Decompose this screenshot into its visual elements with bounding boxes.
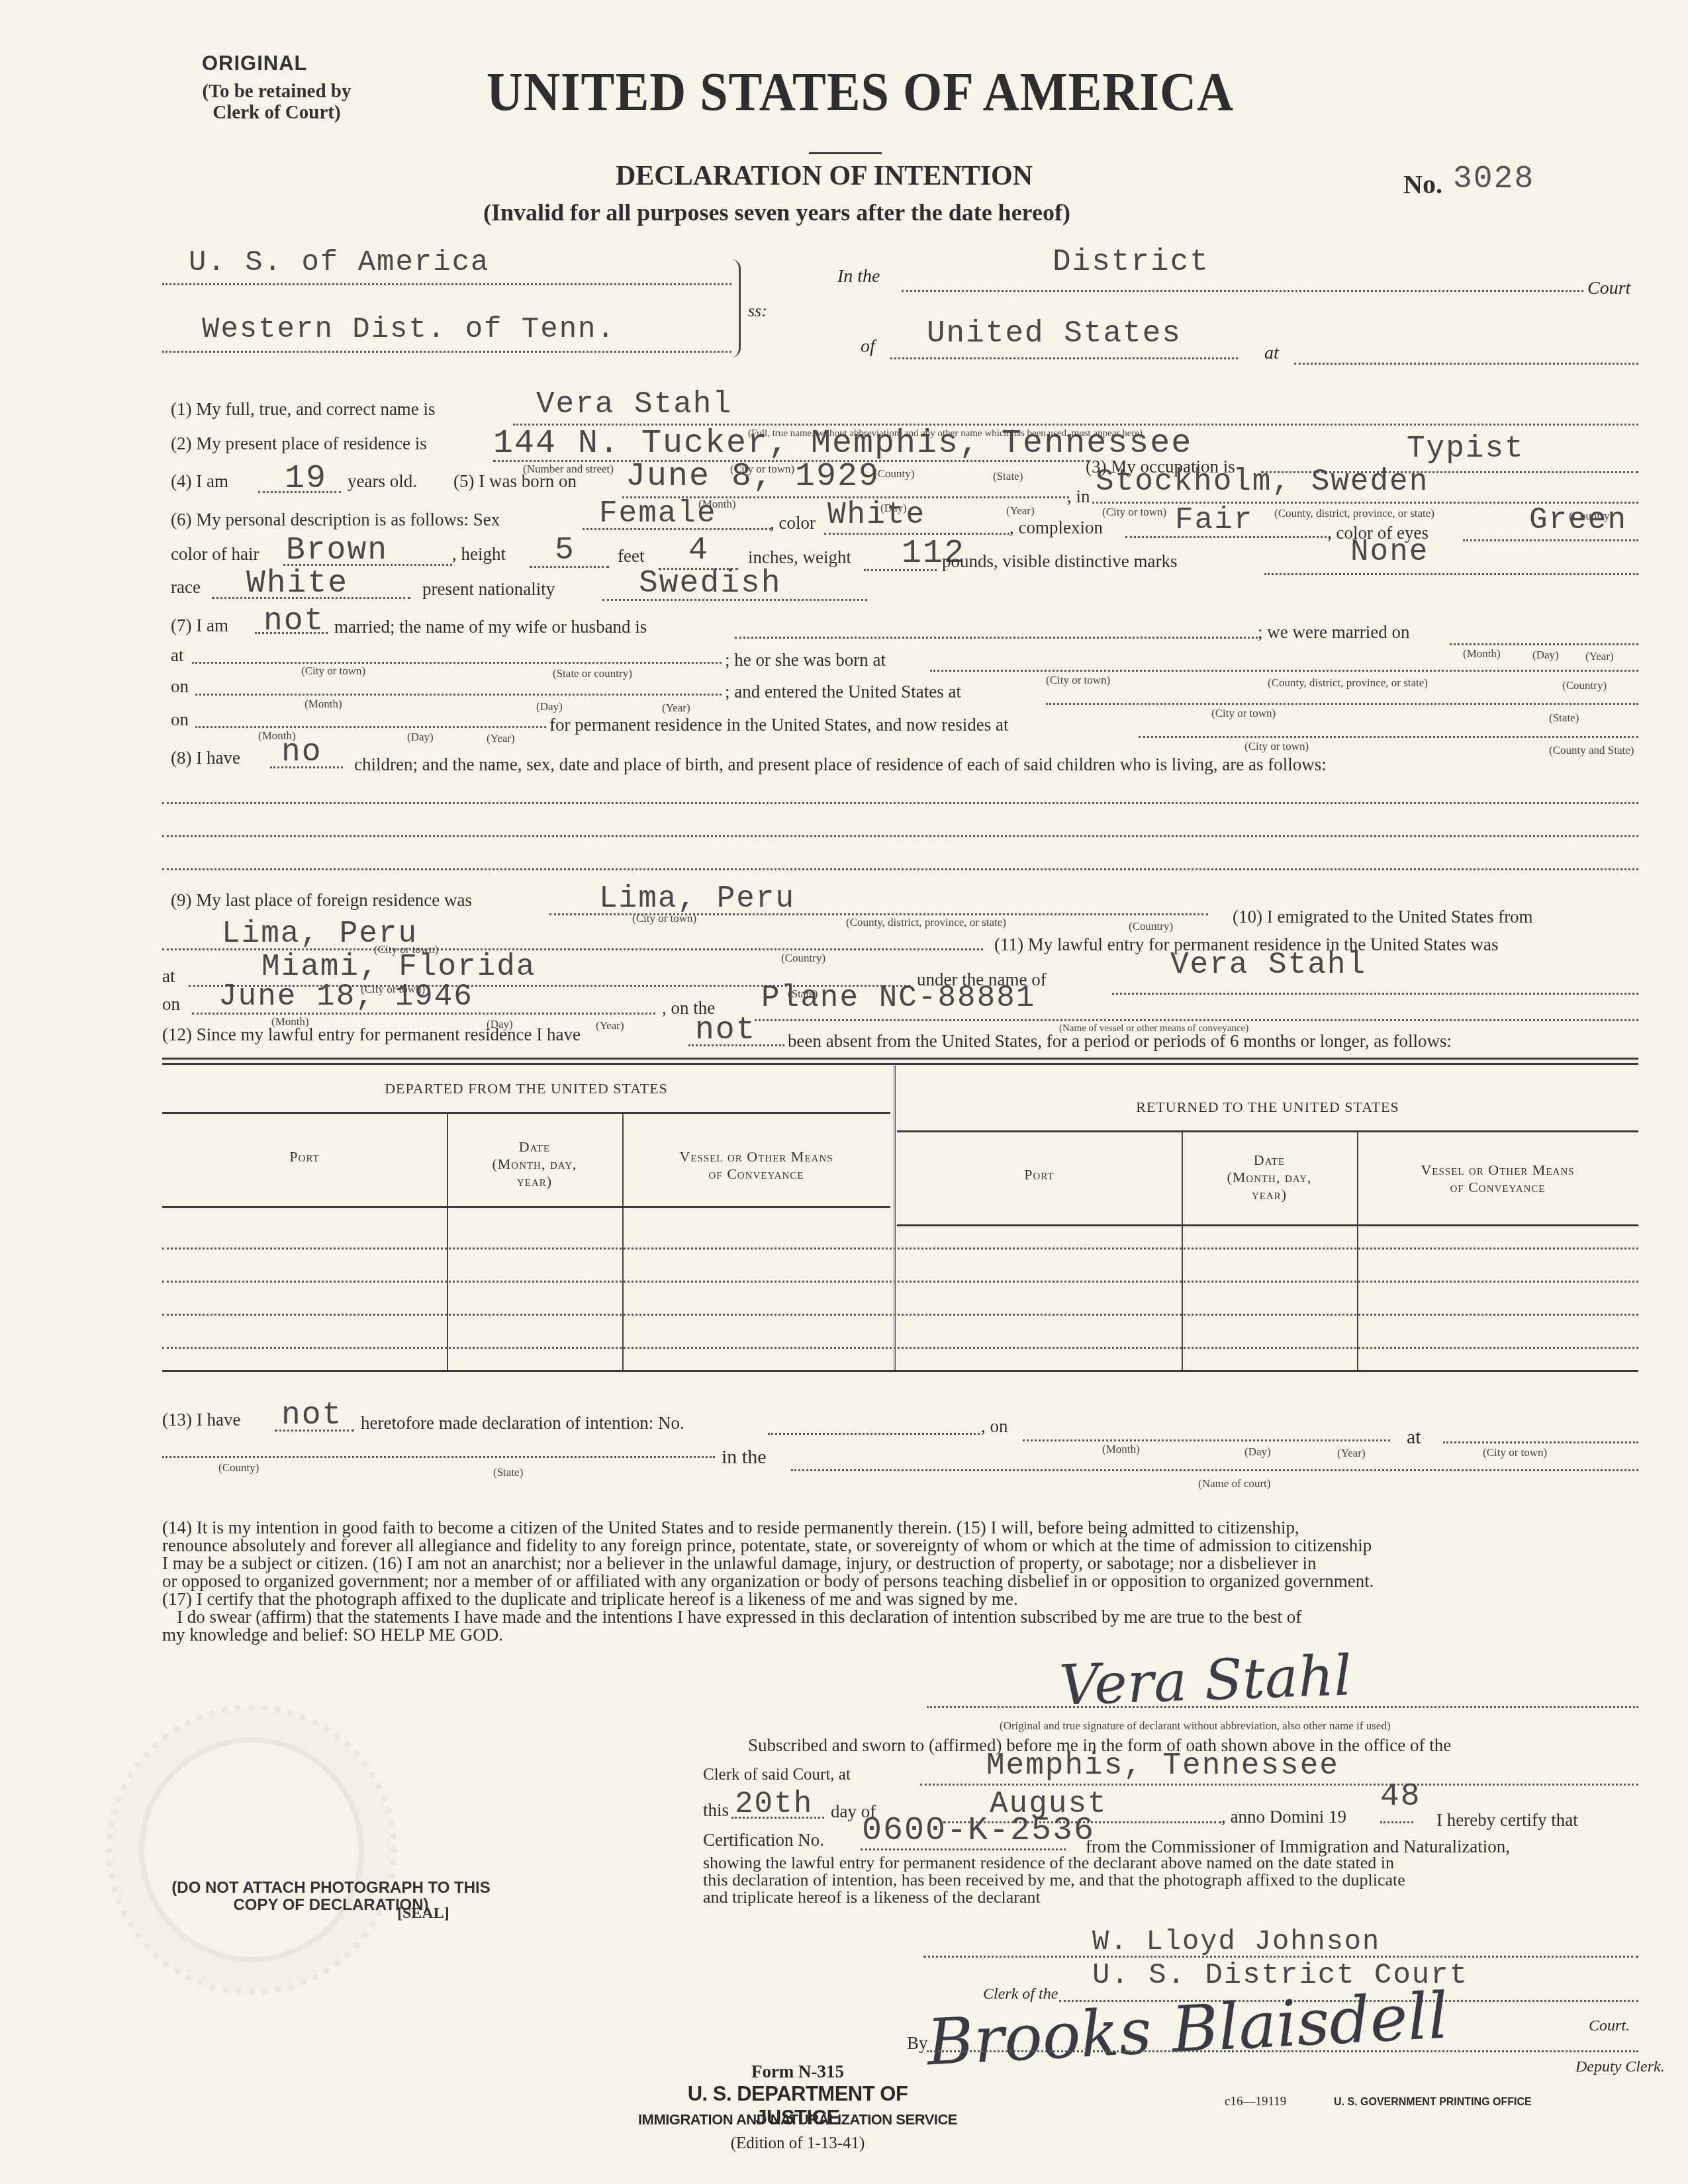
- q7-cap-day2: (Day): [536, 700, 563, 713]
- in-the-label: In the: [837, 266, 880, 287]
- q9-label: (9) My last place of foreign residence w…: [171, 890, 472, 911]
- declaration-number-label: No.: [1403, 169, 1442, 200]
- eye-color-line: [1463, 539, 1638, 541]
- color-label: , color: [770, 513, 816, 533]
- photo-note-line1: (DO NOT ATTACH PHOTOGRAPH TO THIS: [159, 1880, 503, 1897]
- photo-note: (DO NOT ATTACH PHOTOGRAPH TO THIS COPY O…: [159, 1880, 503, 1914]
- birth-place: Stockholm, Sweden: [1096, 465, 1429, 499]
- deputy-label: Deputy Clerk.: [1575, 2058, 1665, 2076]
- marriage-date-field[interactable]: [1450, 643, 1638, 645]
- color: White: [827, 498, 925, 532]
- table-row-2[interactable]: [162, 1281, 1638, 1283]
- oath-paragraph: (14) It is my intention in good faith to…: [162, 1519, 1642, 1644]
- by-label: By: [907, 2033, 928, 2054]
- venue-country-line: [162, 283, 731, 285]
- embossed-seal: [106, 1704, 397, 1995]
- certification-number: 0600-K-2536: [862, 1812, 1095, 1850]
- full-name: Vera Stahl: [536, 387, 732, 422]
- marks-label: pounds, visible distinctive marks: [942, 551, 1177, 572]
- q9-cap-county: (County, district, province, or state): [846, 916, 1006, 929]
- q8-label: (8) I have: [171, 748, 240, 768]
- q1-label: (1) My full, true, and correct name is: [171, 399, 436, 420]
- ret-col-vessel: Vessel or Other Means of Conveyance: [1357, 1161, 1638, 1196]
- retain-note-line1: (To be retained by: [171, 81, 383, 102]
- of-label: of: [861, 336, 875, 357]
- spouse-birthdate-field[interactable]: [195, 694, 722, 696]
- q7-cap-day3: (Day): [407, 731, 434, 744]
- children-line-2[interactable]: [162, 835, 1638, 837]
- returned-header: RETURNED TO THE UNITED STATES: [897, 1099, 1638, 1116]
- dep-col-vessel: Vessel or Other Means of Conveyance: [622, 1148, 890, 1183]
- oath-line-1: (14) It is my intention in good faith to…: [162, 1519, 1642, 1537]
- dep-col-vessel-line2: of Conveyance: [622, 1165, 890, 1183]
- returned-subrule: [897, 1130, 1638, 1132]
- oath-line-6: I do swear (affirm) that the statements …: [162, 1608, 1642, 1626]
- entry-name-line: [1112, 993, 1638, 995]
- entry-vessel-line: [755, 1019, 1638, 1021]
- q7-cap-year: (Year): [1585, 650, 1614, 663]
- complexion: Fair: [1175, 503, 1253, 537]
- venue-brace: [731, 259, 741, 357]
- original-label: ORIGINAL: [202, 52, 308, 75]
- table-bottom-rule: [162, 1370, 1638, 1372]
- hair-label: color of hair: [171, 544, 259, 565]
- dep-col-date-line3: year): [447, 1173, 622, 1190]
- marital-line: [255, 632, 328, 634]
- certify-label: I hereby certify that: [1436, 1810, 1578, 1831]
- q2-caption-county: (County): [874, 467, 914, 480]
- nationality: Swedish: [639, 566, 782, 602]
- prior-declaration-city-field[interactable]: [1443, 1441, 1638, 1443]
- q7-on: on: [171, 676, 189, 697]
- photo-note-line2: COPY OF DECLARATION): [159, 1897, 503, 1914]
- venue-country: U. S. of America: [189, 246, 489, 279]
- race-label: race: [171, 577, 201, 598]
- dep-col-date-line2: (Month, day,: [447, 1156, 622, 1173]
- spouse-entry-place-field[interactable]: [1046, 703, 1638, 705]
- children-line-3[interactable]: [162, 868, 1638, 870]
- q9-cap-country: (Country): [1129, 920, 1173, 933]
- edition: (Edition of 1-13-41): [685, 2134, 910, 2153]
- table-top-rule-1: [162, 1058, 1638, 1060]
- ret-col-vessel-line2: of Conveyance: [1357, 1179, 1638, 1196]
- q4-label: (4) I am: [171, 471, 228, 492]
- q7-cap-month: (Month): [1463, 647, 1501, 660]
- q7-cap-city4: (City or town): [1244, 740, 1309, 753]
- q7-cap-state-country: (State or country): [553, 667, 632, 680]
- q13-at-label: at: [1407, 1426, 1421, 1449]
- oath-line-5: (17) I certify that the photograph affix…: [162, 1590, 1642, 1608]
- dep-col-date-line1: Date: [447, 1138, 622, 1156]
- table-row-1[interactable]: [162, 1248, 1638, 1250]
- clerk-location-line: [920, 1784, 1638, 1786]
- spouse-birthplace-field[interactable]: [930, 670, 1638, 672]
- court-type-line: [902, 290, 1583, 292]
- q7-cap-day: (Day): [1532, 649, 1559, 662]
- print-code: c16—19119: [1225, 2095, 1286, 2109]
- q4-suffix: years old.: [348, 471, 417, 492]
- q13-in-the-label: in the: [722, 1446, 767, 1469]
- prior-declaration-status-line: [275, 1430, 354, 1432]
- q13-cap-city: (City or town): [1483, 1446, 1547, 1459]
- q13-cap-state: (State): [493, 1466, 523, 1479]
- age-line: [258, 491, 341, 493]
- q7-cap-city: (City or town): [301, 664, 365, 678]
- court-suffix: Court.: [1589, 2017, 1630, 2035]
- oath-year-line: [1380, 1821, 1413, 1823]
- service: IMMIGRATION AND NATURALIZATION SERVICE: [629, 2111, 966, 2128]
- inches-label: inches, weight: [748, 547, 851, 568]
- q7-cap-year3: (Year): [487, 732, 515, 745]
- q7-cap-month2: (Month): [305, 698, 342, 711]
- q13-label: (13) I have: [162, 1410, 240, 1430]
- court-type: District: [1053, 245, 1209, 279]
- dep-header-bottom: [162, 1206, 890, 1208]
- dep-col-port: Port: [162, 1148, 447, 1165]
- q7-permanent: for permanent residence in the United St…: [549, 715, 1009, 735]
- ret-col-vessel-line1: Vessel or Other Means: [1357, 1161, 1638, 1179]
- q13-text: heretofore made declaration of intention…: [361, 1413, 684, 1433]
- q6-label: (6) My personal description is as follow…: [171, 510, 500, 530]
- oath-year: 48: [1380, 1779, 1421, 1815]
- marks-line: [1264, 573, 1638, 575]
- q13-on-label: , on: [981, 1416, 1008, 1437]
- clerk-location: Memphis, Tennessee: [986, 1749, 1339, 1783]
- venue-district: Western Dist. of Tenn.: [202, 313, 616, 346]
- occupation: Typist: [1407, 432, 1524, 466]
- validity-note: (Invalid for all purposes seven years af…: [483, 199, 1070, 226]
- retain-note-line2: Clerk of Court): [171, 102, 383, 123]
- q11-cap-year: (Year): [596, 1019, 624, 1032]
- q13-cap-month: (Month): [1102, 1443, 1140, 1456]
- clerk-at-label: Clerk of said Court, at: [703, 1766, 851, 1784]
- dep-col-vessel-line1: Vessel or Other Means: [622, 1148, 890, 1165]
- page-title: UNITED STATES OF AMERICA: [487, 61, 1234, 123]
- prior-declaration-county-field[interactable]: [162, 1456, 715, 1458]
- nationality-line: [602, 599, 867, 601]
- complexion-label: , complexion: [1009, 518, 1103, 538]
- prior-declaration-date-field[interactable]: [1023, 1439, 1390, 1441]
- entry-name: Vera Stahl: [1170, 948, 1366, 982]
- at-label: at: [1264, 343, 1279, 364]
- table-center-divider: [894, 1066, 896, 1371]
- q7-cap-state: (State): [1549, 711, 1579, 725]
- seal-label: [SEAL]: [397, 1905, 449, 1923]
- deputy-signature-line: [927, 2050, 1638, 2052]
- absence-status: not: [695, 1013, 756, 1048]
- entry-date: June 18, 1946: [218, 979, 473, 1014]
- complexion-line: [1125, 536, 1331, 538]
- q13-cap-county: (County): [218, 1461, 259, 1475]
- departed-header: DEPARTED FROM THE UNITED STATES: [162, 1080, 890, 1097]
- q13-cap-year: (Year): [1337, 1447, 1366, 1460]
- ret-col-date: Date (Month, day, year): [1182, 1152, 1357, 1203]
- q7-label: (7) I am: [171, 615, 228, 636]
- table-row-3[interactable]: [162, 1314, 1638, 1316]
- feet-label: feet: [618, 546, 644, 567]
- absence-status-line: [688, 1044, 784, 1046]
- q13-cap-court: (Name of court): [1198, 1477, 1271, 1490]
- q7-cap-county-state: (County and State): [1549, 744, 1634, 757]
- declarant-signature-line: [927, 1706, 1638, 1708]
- oath-line-4: or opposed to organized government; nor …: [162, 1572, 1642, 1590]
- distinctive-marks: None: [1350, 535, 1429, 569]
- sex: Female: [599, 496, 717, 531]
- spouse-name-field[interactable]: [735, 637, 1258, 639]
- court-label: Court: [1587, 278, 1630, 299]
- oath-line-2: renounce absolutely and forever all alle…: [162, 1537, 1642, 1555]
- q7-on2: on: [171, 709, 189, 730]
- race-line: [212, 597, 410, 599]
- height-label: , height: [452, 544, 506, 565]
- children-count-line: [270, 766, 343, 768]
- q10-label: (10) I emigrated to the United States fr…: [1233, 907, 1533, 927]
- cert-text-4: and triplicate hereof is a likeness of t…: [703, 1888, 1041, 1907]
- marriage-place-field[interactable]: [192, 662, 722, 664]
- children-count: no: [281, 735, 322, 770]
- clerk-name: W. Lloyd Johnson: [1092, 1926, 1380, 1958]
- oath-line-7: my knowledge and belief: SO HELP ME GOD.: [162, 1626, 1642, 1644]
- printer: U. S. GOVERNMENT PRINTING OFFICE: [1334, 2097, 1532, 2109]
- ret-col-date-line1: Date: [1182, 1152, 1357, 1169]
- departed-subrule: [162, 1112, 890, 1114]
- q7-cap-city3: (City or town): [1211, 707, 1276, 720]
- q7-cap-country: (Country): [1562, 679, 1607, 692]
- q13-cap-day: (Day): [1244, 1445, 1271, 1459]
- prior-declaration-status: not: [281, 1398, 342, 1433]
- clerk-name-line: [923, 1956, 1638, 1958]
- height-feet-line: [530, 566, 609, 568]
- q2-caption-state: (State): [993, 470, 1023, 483]
- q5-label: (5) I was born on: [453, 471, 577, 492]
- height-feet: 5: [555, 533, 575, 569]
- q7-at: at: [171, 645, 184, 666]
- retain-note: (To be retained by Clerk of Court): [171, 81, 383, 123]
- entry-vessel: Plane NC-88881: [761, 981, 1035, 1015]
- court-at-field[interactable]: [1294, 363, 1638, 365]
- q7-cap-year2: (Year): [662, 702, 690, 715]
- oath-line-3: I may be a subject or citizen. (16) I am…: [162, 1555, 1642, 1572]
- q7-cap-county-district: (County, district, province, or state): [1268, 676, 1428, 690]
- ret-col-date-line2: (Month, day,: [1182, 1169, 1357, 1186]
- q5-caption-county: (County, district, province, or state): [1274, 507, 1434, 520]
- nationality-label: present nationality: [422, 579, 555, 600]
- court-of: United States: [927, 316, 1182, 351]
- court-of-line: [890, 357, 1238, 359]
- q10-cap-country: (Country): [781, 952, 825, 965]
- birth-date: June 8, 1929: [626, 458, 880, 496]
- declaration-number: 3028: [1453, 161, 1534, 197]
- ret-header-bottom: [897, 1224, 1638, 1226]
- eye-color: Green: [1529, 503, 1627, 537]
- cert-label: Certification No.: [703, 1830, 824, 1850]
- q7-married-on: ; we were married on: [1258, 622, 1409, 643]
- q7-born-at: ; he or she was born at: [725, 650, 886, 670]
- q11-on-label: on: [162, 994, 180, 1015]
- signature-caption: (Original and true signature of declaran…: [1000, 1719, 1391, 1733]
- q7-text: married; the name of my wife or husband …: [334, 617, 647, 637]
- q8-text: children; and the name, sex, date and pl…: [354, 754, 1327, 775]
- form-number: Form N-315: [685, 2062, 910, 2082]
- dep-col-date: Date (Month, day, year): [447, 1138, 622, 1190]
- oath-day-line: [731, 1817, 824, 1819]
- last-foreign-residence: Lima, Peru: [599, 882, 795, 916]
- this-label: this: [703, 1800, 729, 1821]
- q7-entered: ; and entered the United States at: [725, 682, 961, 702]
- q12-label: (12) Since my lawful entry for permanent…: [162, 1024, 581, 1045]
- title-divider: [809, 152, 882, 154]
- q5-caption-city: (City or town): [1102, 506, 1166, 519]
- form-subtitle: DECLARATION OF INTENTION: [616, 160, 1033, 192]
- hair-color: Brown: [286, 533, 388, 569]
- prior-declaration-court-field[interactable]: [791, 1469, 1638, 1471]
- children-line-1[interactable]: [162, 802, 1638, 804]
- anno-label: , anno Domini 19: [1221, 1807, 1346, 1827]
- q2-label: (2) My present place of residence is: [171, 433, 427, 454]
- table-row-4[interactable]: [162, 1347, 1638, 1349]
- q5-caption-year: (Year): [1006, 504, 1035, 518]
- certification-number-line: [861, 1848, 1066, 1850]
- table-top-rule-2: [162, 1063, 1638, 1065]
- ss-label: ss:: [748, 301, 767, 321]
- q12-text: been absent from the United States, for …: [788, 1031, 1452, 1052]
- sex-line: [583, 528, 771, 530]
- prior-declaration-number-field[interactable]: [768, 1433, 980, 1435]
- spouse-residence-field[interactable]: [1139, 736, 1638, 738]
- ret-col-date-line3: year): [1182, 1186, 1357, 1203]
- height-inches: 4: [688, 533, 709, 569]
- q7-cap-city2: (City or town): [1046, 674, 1110, 687]
- ret-col-port: Port: [897, 1166, 1182, 1183]
- q5-in-label: , in: [1067, 486, 1090, 507]
- race: White: [246, 566, 348, 602]
- q11-at-label: at: [162, 966, 175, 987]
- q9-cap-city: (City or town): [632, 912, 696, 925]
- spouse-entry-date-field[interactable]: [195, 726, 546, 728]
- venue-district-line: [162, 351, 731, 353]
- weight-line: [864, 569, 937, 571]
- entry-date-line: [192, 1013, 655, 1015]
